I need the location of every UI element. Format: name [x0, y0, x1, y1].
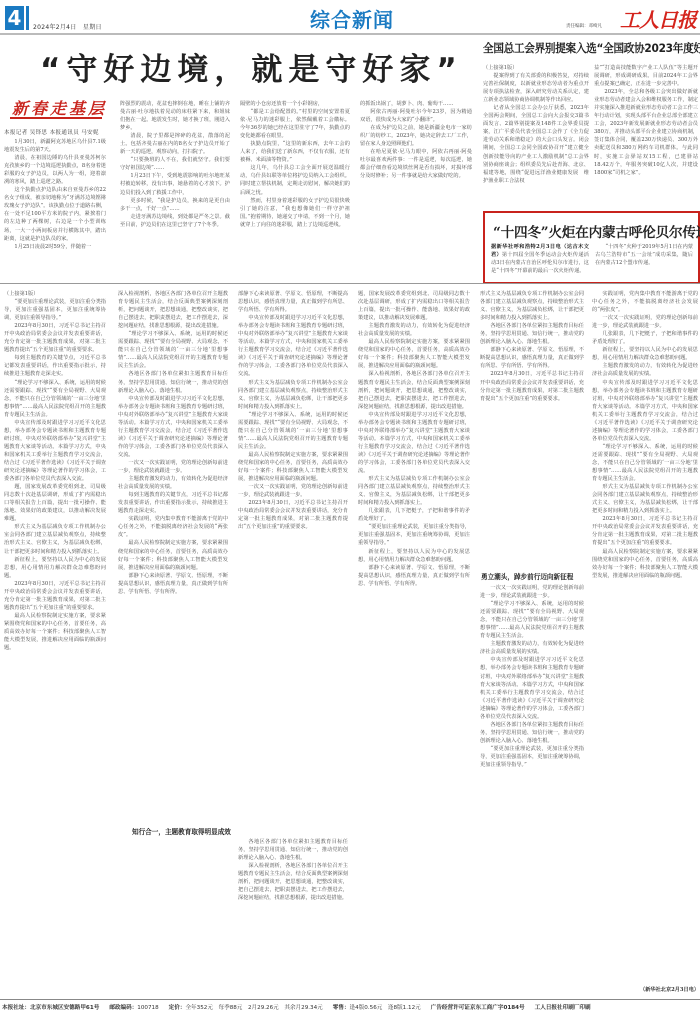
paragraph: 形式主义为基层减负专项工作机制办公室会同各部门建立基层减负观察点，持续整治形式主… [4, 523, 106, 555]
lead-column-3: 隔壁的小仓房还放着一个小彩钢房， “都是工会给配置的。”村里的空间安置着夏依·尼… [240, 100, 350, 280]
paragraph: 一次又一次实践证明，党的理论创新每前进一步，理论武装就跟进一步。 [238, 483, 348, 499]
paragraph: 走进牙满苏边境线，到处都是严冬之景。截至目前，护边员们在这里已坚守了7个冬季。 [120, 213, 230, 229]
paragraph: 最高人民检察院制定实施方案，要求紧紧围绕党和国家的中心任务，首要任务，高质高效办… [592, 548, 698, 580]
paragraph: 新征程上，要坚持以人民为中心的发展思想，用心用情用力解决群众急难愁盼问题。 [4, 556, 106, 580]
lower-column-1: （上接第1版） “要更加注重理论武装，更加注重分类指导，更加注重强基固本，更加注… [4, 290, 106, 995]
paragraph: 几张跟表，几下把梃子，子把和谐事件的矛盾处理好了。 [358, 507, 470, 523]
section-divider [0, 283, 700, 284]
paragraph: 部静下心来读原著、学原文、悟原理，不断提高思想认识，感悟真理力量，真正做到学有所… [118, 572, 228, 596]
footer-price: 定价：全年352元 每季88元 2月29.26元 其余月29.34元 [169, 1003, 323, 1011]
paragraph: 深入检视剖析，各地区各部门各单位召开主题教育专题民主生活会，结合反面典型案例深刻… [118, 290, 228, 330]
lower-column-3: 部静下心来读原著、学原文、悟原理，不断提高思想认识，感悟真理力量，真正做到学有所… [238, 290, 348, 820]
paragraph: 清晨，在祖国边陲的乌什县亚曼苏柯尔克孜族乡的一个边境巡逻执勤点，8名身着迷彩服的… [4, 154, 106, 186]
rubric-label: 新春走基层 [12, 96, 107, 119]
paragraph: 清晨，院子里都是摔碎的花盆，散落的泥土。包括齐曼古丽在内的8名女子护边员开始了新… [120, 132, 230, 156]
paragraph: “理论学习不够深入、系统，运用的时候还需要跟踪、现找”“要有全局视野、大局观念，… [592, 443, 698, 483]
paragraph: 每到主题教育的关键节点，习近平总书记都发表重要讲话，作出重要指示批示，持续推进主… [118, 491, 228, 515]
paragraph: 一次又一次实践证明，党的理论创新每前进一步，理论武装就跟进一步。 [480, 584, 584, 600]
paragraph: 实践证明，党内集中教育不能游离于党的中心任务之外，不能搞脱离经济社会发展的“两张… [592, 290, 698, 314]
lead-headline: “守好边境，就是守好家” [40, 44, 410, 89]
paragraph: 新征程上，要坚持以人民为中心的发展思想，用心用情用力解决群众急难愁盼问题。 [358, 548, 470, 564]
paragraph: （上接第1版） [4, 290, 106, 298]
lead-column-4: 的抓饭出锅了，胡萝卜、肉、葡萄干…… 阿依古再丽·阿曼吐尔今年23岁，因为精通双… [360, 100, 472, 280]
paragraph: “要更加注重理论武装，更加注重分类指导，更加注重强基固本，更加注重统筹协调，更加… [480, 745, 584, 769]
paragraph: “十四冬”火种于2019年5月1日在内蒙古乌兰浩特市“五一会址”成功采集，随后在… [595, 244, 693, 266]
paragraph: 提案得到了有关部委的积极答复，对持续完善社保制度，以新就业形态劳动者为重点开展专… [483, 72, 589, 104]
editor-credit: 责任编辑：邓崎凡 [566, 23, 602, 29]
paragraph: 在哈尼夏依·尼马力眼中，阿依古再丽·阿曼吐尔最喜欢两件事：一件是巡逻，每次巡逻，… [360, 148, 472, 180]
paragraph: 中央宣传部及时跟进学习习近平文化思想，举办部务会专题读书班和主题教育专题研讨班，… [592, 379, 698, 443]
paragraph: 执勤点院里，“这里的新东西，去年工会的人来了，给我们送了新东西，不仅有衣服，还有… [240, 140, 350, 164]
paragraph: 主题教育激发的动力，有效转化为促进经济社会高质量发展的实绩。 [592, 362, 698, 378]
paragraph: 第十四届全国冬季运动会火炬传递活动3日在内蒙古自治区呼伦贝尔市进行，这是“十四冬… [491, 252, 589, 274]
paragraph: 更多时候，“我是护边员，换来的是更自由多干一点，千好一点”…… [120, 197, 230, 213]
paragraph: 主题教育激发的动力，有效转化为促进经济社会高质量发展的实绩。 [480, 640, 584, 656]
paragraph: 阵强烈的震动，花盆也摔倒在地，睡在上铺的齐曼古丽·吐尔地扶着晃动的床柱紧下来，和… [120, 100, 230, 132]
page-number: 4 [5, 6, 24, 30]
paragraph: 形式主义为基层减负专项工作机制办公室会同各部门建立基层减负观察点，持续整治形式主… [358, 475, 470, 507]
paragraph: 这个执勤点护边队由来自亚曼苏乡的22名女子组成，被亲切地称为“牙满苏边境铿锵玫瑰… [4, 186, 106, 242]
boxed-story-headline: “十四冬”火炬在内蒙古呼伦贝尔传递 [493, 221, 700, 241]
paragraph: 各地区各部门各单位紧扣主题教育目标任务，坚持学思用贯通、知信行统一，推动党的创新… [238, 838, 348, 862]
paragraph: 一次又一次实践证明，党的理论创新每前进一步，理论武装就跟进一步。 [118, 459, 228, 475]
paragraph: 中央宣传部及时跟进学习习近平文化思想，举办部务会专题读书班和主题教育专题研讨班，… [4, 419, 106, 483]
subhead-1: 知行合一，主题教育取得明显成效 [132, 826, 231, 836]
paragraph: 题，国家发展改革委党组到北、司局级同志数十次赴基层调研，形成了扩内需稳出口等相关… [358, 290, 470, 322]
paragraph: 记者从全国总工会办公厅获悉，2023年全国两会期间，全国总工会向大会报交3篇书面… [483, 104, 589, 184]
paragraph: 阿依古再丽·阿曼吐尔今年23岁，因为精通双语，很快成为大家的“小翻译”。 [360, 108, 472, 124]
paragraph: 在成为护边员之前，她是新疆金电市一家纺织厂的纺纱工。2023年，她决定辞去工厂工… [360, 124, 472, 148]
paragraph: 益”“打造高技能数字产业工人队伍”等主题开展调研，形成调研成果。目前2024年工… [594, 64, 698, 88]
paragraph: （上接第1版） [483, 64, 589, 72]
footer-postcode: 邮政编码：100718 [109, 1003, 158, 1011]
footer-divider [0, 999, 700, 1000]
paragraph: 题，国家发展改革委党组到北、司局级同志数十次赴基层调研，形成了扩内需稳出口等相关… [4, 483, 106, 523]
footer-printer: 工人日报社印刷厂印刷 [535, 1003, 591, 1011]
dateline: 据新华社呼和浩特2月3日电 [491, 244, 561, 250]
issue-date: 2024年2月4日 星期日 [33, 22, 102, 31]
paragraph: 各地区各部门各单位紧扣主题教育目标任务，坚持学思用贯通、知信行统一，推动党的创新… [480, 322, 584, 346]
paragraph: 主题教育激发的动力，有效转化为促进经济社会高质量发展的实绩。 [358, 322, 470, 338]
lower-column-2: 深入检视剖析，各地区各部门各单位召开主题教育专题民主生活会，结合反面典型案例深刻… [118, 290, 228, 995]
lower-column-5b: 一次又一次实践证明，党的理论创新每前进一步，理论武装就跟进一步。 “理论学习不够… [480, 584, 584, 995]
lead-byline: 本报记者 吴铎思 本报通讯员 马安妮 [4, 128, 99, 136]
paragraph: 2023年8月30日，习近平总书记主持召开中央政治局常委会会议并发表重要讲话，充… [480, 370, 584, 402]
paragraph: 2023年8月30日，习近平总书记主持召开中央政治局常委会会议并发表重要讲话，充… [4, 580, 106, 612]
paragraph: 实践证明，党内集中教育不能游离于党的中心任务之外，不能搞脱离经济社会发展的“两张… [118, 515, 228, 539]
lower-column-4: 题，国家发展改革委党组到北、司局级同志数十次赴基层调研，形成了扩内需稳出口等相关… [358, 290, 470, 995]
paragraph: 2023年8月30日，习近平总书记主持召开中央政治局常委会会议并发表重要讲话，充… [592, 515, 698, 547]
paragraph: 最高人民检察院制定实施方案，要求紧紧围绕党和国家的中心任务，首要任务，高质高效办… [118, 539, 228, 571]
paragraph: “理论学习不够深入、系统，运用的时候还需要跟踪、现找”“要有全局视野、大局观念，… [118, 330, 228, 370]
paragraph: “要更加注重理论武装，更加注重分类指导，更加注重强基固本，更加注重统筹协调，更加… [4, 298, 106, 322]
paragraph: 这几年，乌什县总工会全面开展送温暖行动，乌什县妇联等单位将护边员纳入工会组织。同… [240, 164, 350, 196]
paragraph: 1月25日凌晨2时59分，伴随着一 [4, 243, 106, 251]
paragraph: 深入检视剖析，各地区各部门各单位召开主题教育专题民主生活会，结合反面典型案例深刻… [238, 862, 348, 902]
paragraph: 部静下心来读原著、学原文、悟原理，不断提高思想认识，感悟真理力量，真正做到学有所… [480, 346, 584, 370]
paragraph: 各地区各部门各单位紧扣主题教育目标任务，坚持学思用贯通、知信行统一，推动党的创新… [480, 721, 584, 745]
paragraph: 中央宣传部及时跟进学习习近平文化思想，举办部务会专题读书班和主题教育专题研讨班，… [358, 411, 470, 475]
boxed-story-column-2: “十四冬”火种于2019年5月1日在内蒙古乌兰浩特市“五一会址”成功采集，随后在… [595, 243, 693, 281]
lower-column-3b: 各地区各部门各单位紧扣主题教育目标任务，坚持学思用贯通、知信行统一，推动党的创新… [238, 838, 348, 995]
paragraph: 一次又一次实践证明，党的理论创新每前进一步，理论武装就跟进一步。 [592, 314, 698, 330]
footer-retail: 零售：逢4版0.56元 逢8版1.12元 [333, 1003, 421, 1011]
paragraph: 的抓饭出锅了，胡萝卜、肉、葡萄干…… [360, 100, 472, 108]
page-number-bar [26, 6, 29, 30]
lead-column-2: 阵强烈的震动，花盆也摔倒在地，睡在上铺的齐曼古丽·吐尔地扶着晃动的床柱紧下来，和… [120, 100, 230, 280]
paragraph: 部静下心来读原著、学原文、悟原理，不断提高思想认识，感悟真理力量，真正做到学有所… [358, 564, 470, 588]
paragraph: 主题教育激发的动力，有效转化为促进经济社会高质量发展的实绩。 [118, 475, 228, 491]
paragraph: 中央宣传部及时跟进学习习近平文化思想，举办部务会专题读书班和主题教育专题研讨班，… [238, 314, 348, 378]
lower-column-6: 实践证明，党内集中教育不能游离于党的中心任务之外，不能搞脱离经济社会发展的“两张… [592, 290, 698, 982]
footer-address: 本报社址：北京市东城区安德路甲61号 [2, 1003, 99, 1011]
paragraph: “理论学习不够深入、系统，运用的时候还需要跟踪、现找”“要有全局视野、大局观念，… [238, 411, 348, 451]
rubric-underline [10, 117, 102, 119]
paragraph: 新征程上，要坚持以人民为中心的发展思想，用心用情用力解决群众急难愁盼问题。 [592, 346, 698, 362]
paragraph: 几张跟表，几下把梃子，子把和谐事件的矛盾处理好了。 [592, 330, 698, 346]
masthead-divider [0, 33, 700, 35]
subhead-2: 勇立潮头，踔步前行迈向新征程 [481, 571, 573, 581]
paragraph: 1月23日下午，受到地震影响的吐尔地旺某村被迫转移，没有出事，她悬着的心才放下。… [120, 172, 230, 196]
paragraph: “理论学习不够深入、系统，运用的时候还需要跟踪、现找”“要有全局视野、大局观念，… [4, 379, 106, 419]
paragraph: 然而，村里身着迷彩服的女子护边员很快吸引了她的注意，“我也想像她们一样守护祖国。… [240, 197, 350, 229]
right-story-column-2: 益”“打造高技能数字产业工人队伍”等主题开展调研，形成调研成果。目前2024年工… [594, 64, 698, 204]
paragraph: 形式主义为基层减负专项工作机制办公室会同各部门建立基层减负观察点，持续整治形式主… [238, 379, 348, 411]
masthead: 4 2024年2月4日 星期日 综合新闻 责任编辑：邓崎凡 工人日报 [0, 0, 700, 34]
right-story-headline: 全国总工会界别提案入选“全国政协2023年度好提案” [483, 40, 700, 56]
paragraph: “都是工会给配置的。”村里的空间安置着夏依·尼马力的迷彩服上，依然佩戴着工会徽标… [240, 108, 350, 140]
paragraph: 各地区各部门各单位紧扣主题教育目标任务，坚持学思用贯通、知信行统一，推动党的创新… [118, 370, 228, 394]
paragraph: 中央宣传部及时跟进学习习近平文化思想，举办部务会专题读书班和主题教育专题研讨班，… [118, 395, 228, 459]
paragraph: 最高人民检察院制定实施方案，要求紧紧围绕党和国家的中心任务，首要任务，高质高效办… [358, 338, 470, 370]
footer: 本报社址：北京市东城区安德路甲61号 邮政编码：100718 定价：全年352元… [2, 1003, 698, 1011]
paragraph: 隔壁的小仓房还放着一个小彩钢房， [240, 100, 350, 108]
lead-column-1: 1月30日，新疆阿克苏地区乌什县7.1级地震发生后的第7天。 清晨，在祖国边陲的… [4, 138, 106, 280]
paragraph: 每到主题教育的关键节点，习近平总书记都发表重要讲话，作出重要指示批示，持续推进主… [4, 354, 106, 378]
right-story-column-1: （上接第1版） 提案得到了有关部委的积极答复，对持续完善社保制度，以新就业形态劳… [483, 64, 589, 204]
paragraph: 部静下心来读原著、学原文、悟原理，不断提高思想认识，感悟真理力量，真正做到学有所… [238, 290, 348, 314]
lower-column-5: 形式主义为基层减负专项工作机制办公室会同各部门建立基层减负观察点，持续整治形式主… [480, 290, 584, 560]
paragraph: 形式主义为基层减负专项工作机制办公室会同各部门建立基层减负观察点，持续整治形式主… [592, 483, 698, 515]
section-title: 综合新闻 [310, 4, 394, 33]
paragraph: 最高人民检察院制定实施方案，要求紧紧围绕党和国家的中心任务，首要任务，高质高效办… [4, 612, 106, 652]
paragraph: 深入检视剖析，各地区各部门各单位召开主题教育专题民主生活会，结合反面典型案例深刻… [358, 370, 470, 410]
paragraph: 形式主义为基层减负专项工作机制办公室会同各部门建立基层减负观察点，持续整治形式主… [480, 290, 584, 322]
paragraph: 2023年8月30日，习近平总书记主持召开中央政治局常委会会议并发表重要讲话，充… [4, 322, 106, 354]
footer-license: 广告经营许可证京东工商广字0184号 [431, 1003, 525, 1011]
newspaper-logo: 工人日报 [620, 4, 696, 33]
paragraph: 中央宣传部及时跟进学习习近平文化思想，举办部务会专题读书班和主题教育专题研讨班，… [480, 656, 584, 720]
paragraph: “理论学习不够深入、系统，运用的时候还需要跟踪、现找”“要有全局视野、大局观念，… [480, 600, 584, 640]
paragraph: 1月30日，新疆阿克苏地区乌什县7.1级地震发生后的第7天。 [4, 138, 106, 154]
paragraph: 2023年，全总和各级工会突出做好新就业形态劳动者建会入会和维权服务工作，制定并… [594, 88, 698, 177]
boxed-story: “十四冬”火炬在内蒙古呼伦贝尔传递 据新华社呼和浩特2月3日电（达古木文君）第十… [483, 211, 700, 284]
paragraph: 2023年8月30日，习近平总书记主持召开中央政治局常委会会议并发表重要讲话，充… [238, 499, 348, 531]
paragraph: 最高人民检察院制定实施方案，要求紧紧围绕党和国家的中心任务，首要任务，高质高效办… [238, 451, 348, 483]
paragraph: “只要换班的人不在，我们就坚守。我们要守好祖国边境”…… [120, 156, 230, 172]
boxed-story-column-1: 据新华社呼和浩特2月3日电（达古木文君）第十四届全国冬季运动会火炬传递活动3日在… [491, 243, 589, 281]
closing-credit: （新华社北京2月3日电） [640, 986, 699, 993]
paragraph: “要更加注重理论武装，更加注重分类指导，更加注重强基固本，更加注重统筹协调，更加… [358, 523, 470, 547]
